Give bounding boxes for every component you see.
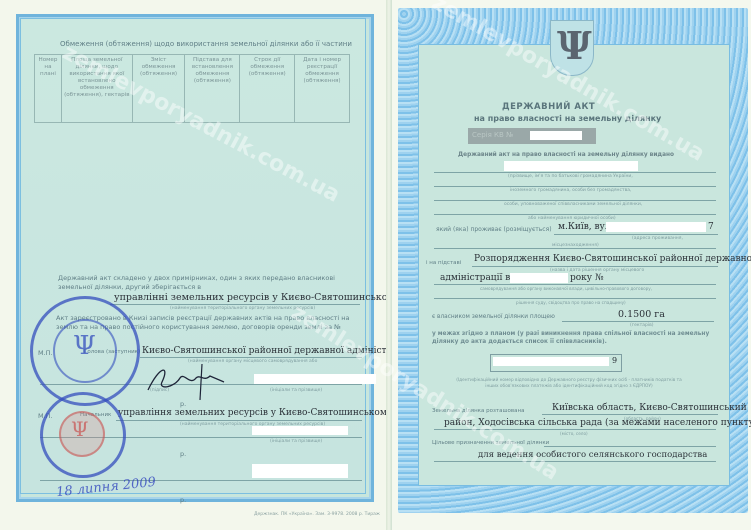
caption-line-1: (прізвище, ім'я та по батькові громадяни…: [508, 174, 633, 179]
printer-info: Держзнак. ПК «Україна». Зам. 3-9978. 200…: [254, 512, 380, 517]
basis-caption-2: рішення суду, свідоцтва про право на спа…: [516, 300, 626, 305]
restrictions-header: Строк дії обмеження (обтяження): [240, 55, 295, 123]
basis-label: і на підставі: [426, 260, 461, 266]
restrictions-title: Обмеження (обтяження) щодо використання …: [60, 40, 352, 48]
second-authority-name: управління земельних ресурсів у Києво-Св…: [118, 408, 426, 418]
plan-text: у межах згідно з планом (у разі виникнен…: [432, 330, 718, 346]
id-number-box: 9: [490, 354, 622, 372]
redacted-decision-date: [510, 273, 568, 283]
copies-text: Державний акт складено у двох примірника…: [58, 274, 358, 292]
series-number-box: Серія КВ №: [468, 128, 596, 144]
redacted-name-1: [254, 374, 376, 384]
round-stamp-agency: Ψ: [40, 392, 126, 478]
id-caption: (Ідентифікаційний номер відповідно до Де…: [456, 378, 682, 390]
issued-to-label: Державний акт на право власності на земе…: [458, 152, 674, 158]
resides-label: який (яка) проживає (розміщується): [436, 226, 552, 233]
redacted-owner-name: [504, 161, 638, 171]
round-stamp-blue: Ψ: [30, 296, 140, 406]
series-label: Серія КВ №: [472, 131, 513, 139]
basis-year-number: року №: [570, 273, 603, 283]
redacted-name-3: [252, 464, 348, 478]
redacted-name-2: [252, 426, 348, 435]
initials-caption-2: (ініціали та прізвище): [270, 439, 322, 444]
basis-value-line2: адміністрації від: [440, 273, 519, 283]
id-number-last-digit: 9: [612, 356, 617, 365]
redacted-series-number: [530, 131, 582, 140]
redacted-id-number: [493, 357, 609, 366]
owner-label: є власником земельної ділянки площею: [432, 314, 555, 320]
area-caption: (гектарів): [630, 323, 654, 328]
located-caption-2: (місто, село): [560, 431, 588, 436]
caption-line-3: особи, уповноваженої співвласниками земе…: [504, 202, 642, 207]
area-value: 0.1500 га: [618, 309, 665, 320]
caption-line-4: або найменування юридичної особи): [528, 216, 616, 221]
trident-red-icon: Ψ: [71, 417, 89, 441]
redacted-street: [606, 222, 706, 232]
basis-value-line1: Розпорядження Києво-Святошинської районн…: [474, 254, 751, 264]
caption-line-2: іноземного громадянина, особи без громад…: [510, 188, 631, 193]
located-value-line1: Київська область, Києво-Святошинський: [552, 403, 747, 413]
year-suffix-2: р.: [180, 450, 186, 458]
signature: [140, 360, 230, 400]
resides-house-number: 7: [708, 222, 714, 232]
trident-icon: Ψ: [73, 331, 96, 361]
basis-caption: самоврядування або органу виконавчої вла…: [480, 286, 652, 291]
year-suffix-3: р.: [180, 496, 186, 504]
left-page: Обмеження (обтяження) щодо використання …: [0, 0, 388, 530]
document-title: ДЕРЖАВНИЙ АКТ: [502, 102, 595, 112]
location-caption: місцезнаходження): [552, 243, 599, 248]
resides-caption: (адреса проживання,: [632, 236, 683, 241]
year-suffix: р.: [180, 400, 186, 408]
initials-caption: (ініціали та прізвище): [270, 388, 322, 393]
restrictions-header: Дата і номер реєстрації обмеження (обтяж…: [295, 55, 350, 123]
restrictions-header: Номер на плані: [35, 55, 62, 123]
